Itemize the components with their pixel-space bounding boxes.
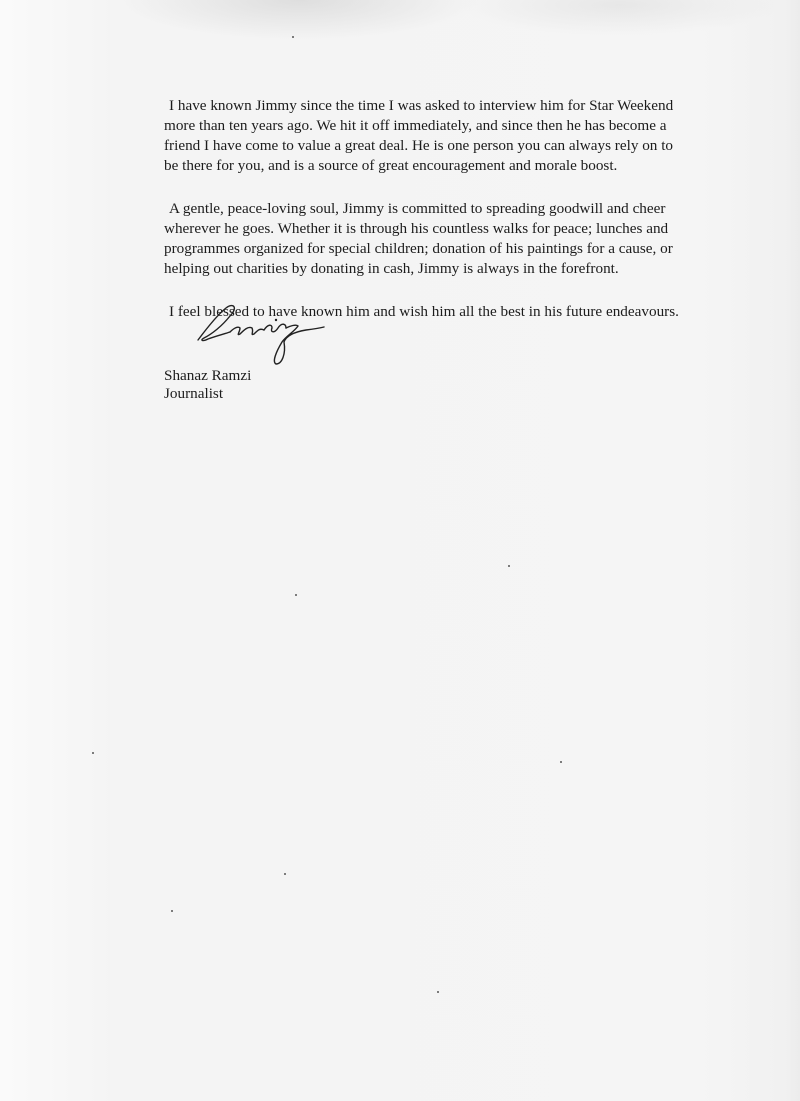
text-line: helping out charities by donating in cas… [164, 259, 764, 279]
scan-speck [508, 565, 510, 567]
scan-speck [292, 36, 294, 38]
text-line: friend I have come to value a great deal… [164, 136, 764, 156]
scan-speck [560, 761, 562, 763]
paragraph-character: A gentle, peace-loving soul, Jimmy is co… [164, 199, 764, 279]
text-line: more than ten years ago. We hit it off i… [164, 116, 764, 136]
scan-speck [437, 991, 439, 993]
scan-speck [92, 752, 94, 754]
paragraph-introduction: I have known Jimmy since the time I was … [164, 96, 764, 176]
scan-edge-shadow [786, 0, 800, 1101]
scanned-letter-page: I have known Jimmy since the time I was … [0, 0, 800, 1101]
handwritten-signature-icon [194, 302, 334, 366]
scan-speck [171, 910, 173, 912]
text-line: wherever he goes. Whether it is through … [164, 219, 764, 239]
text-line: programmes organized for special childre… [164, 239, 764, 259]
text-line: I have known Jimmy since the time I was … [164, 96, 764, 116]
signer-name: Shanaz Ramzi [164, 367, 251, 385]
scan-speck [295, 594, 297, 596]
text-line: be there for you, and is a source of gre… [164, 156, 764, 176]
scan-speck [284, 873, 286, 875]
signature-block: Shanaz Ramzi Journalist [164, 367, 251, 403]
signer-title: Journalist [164, 385, 251, 403]
text-line: A gentle, peace-loving soul, Jimmy is co… [164, 199, 764, 219]
